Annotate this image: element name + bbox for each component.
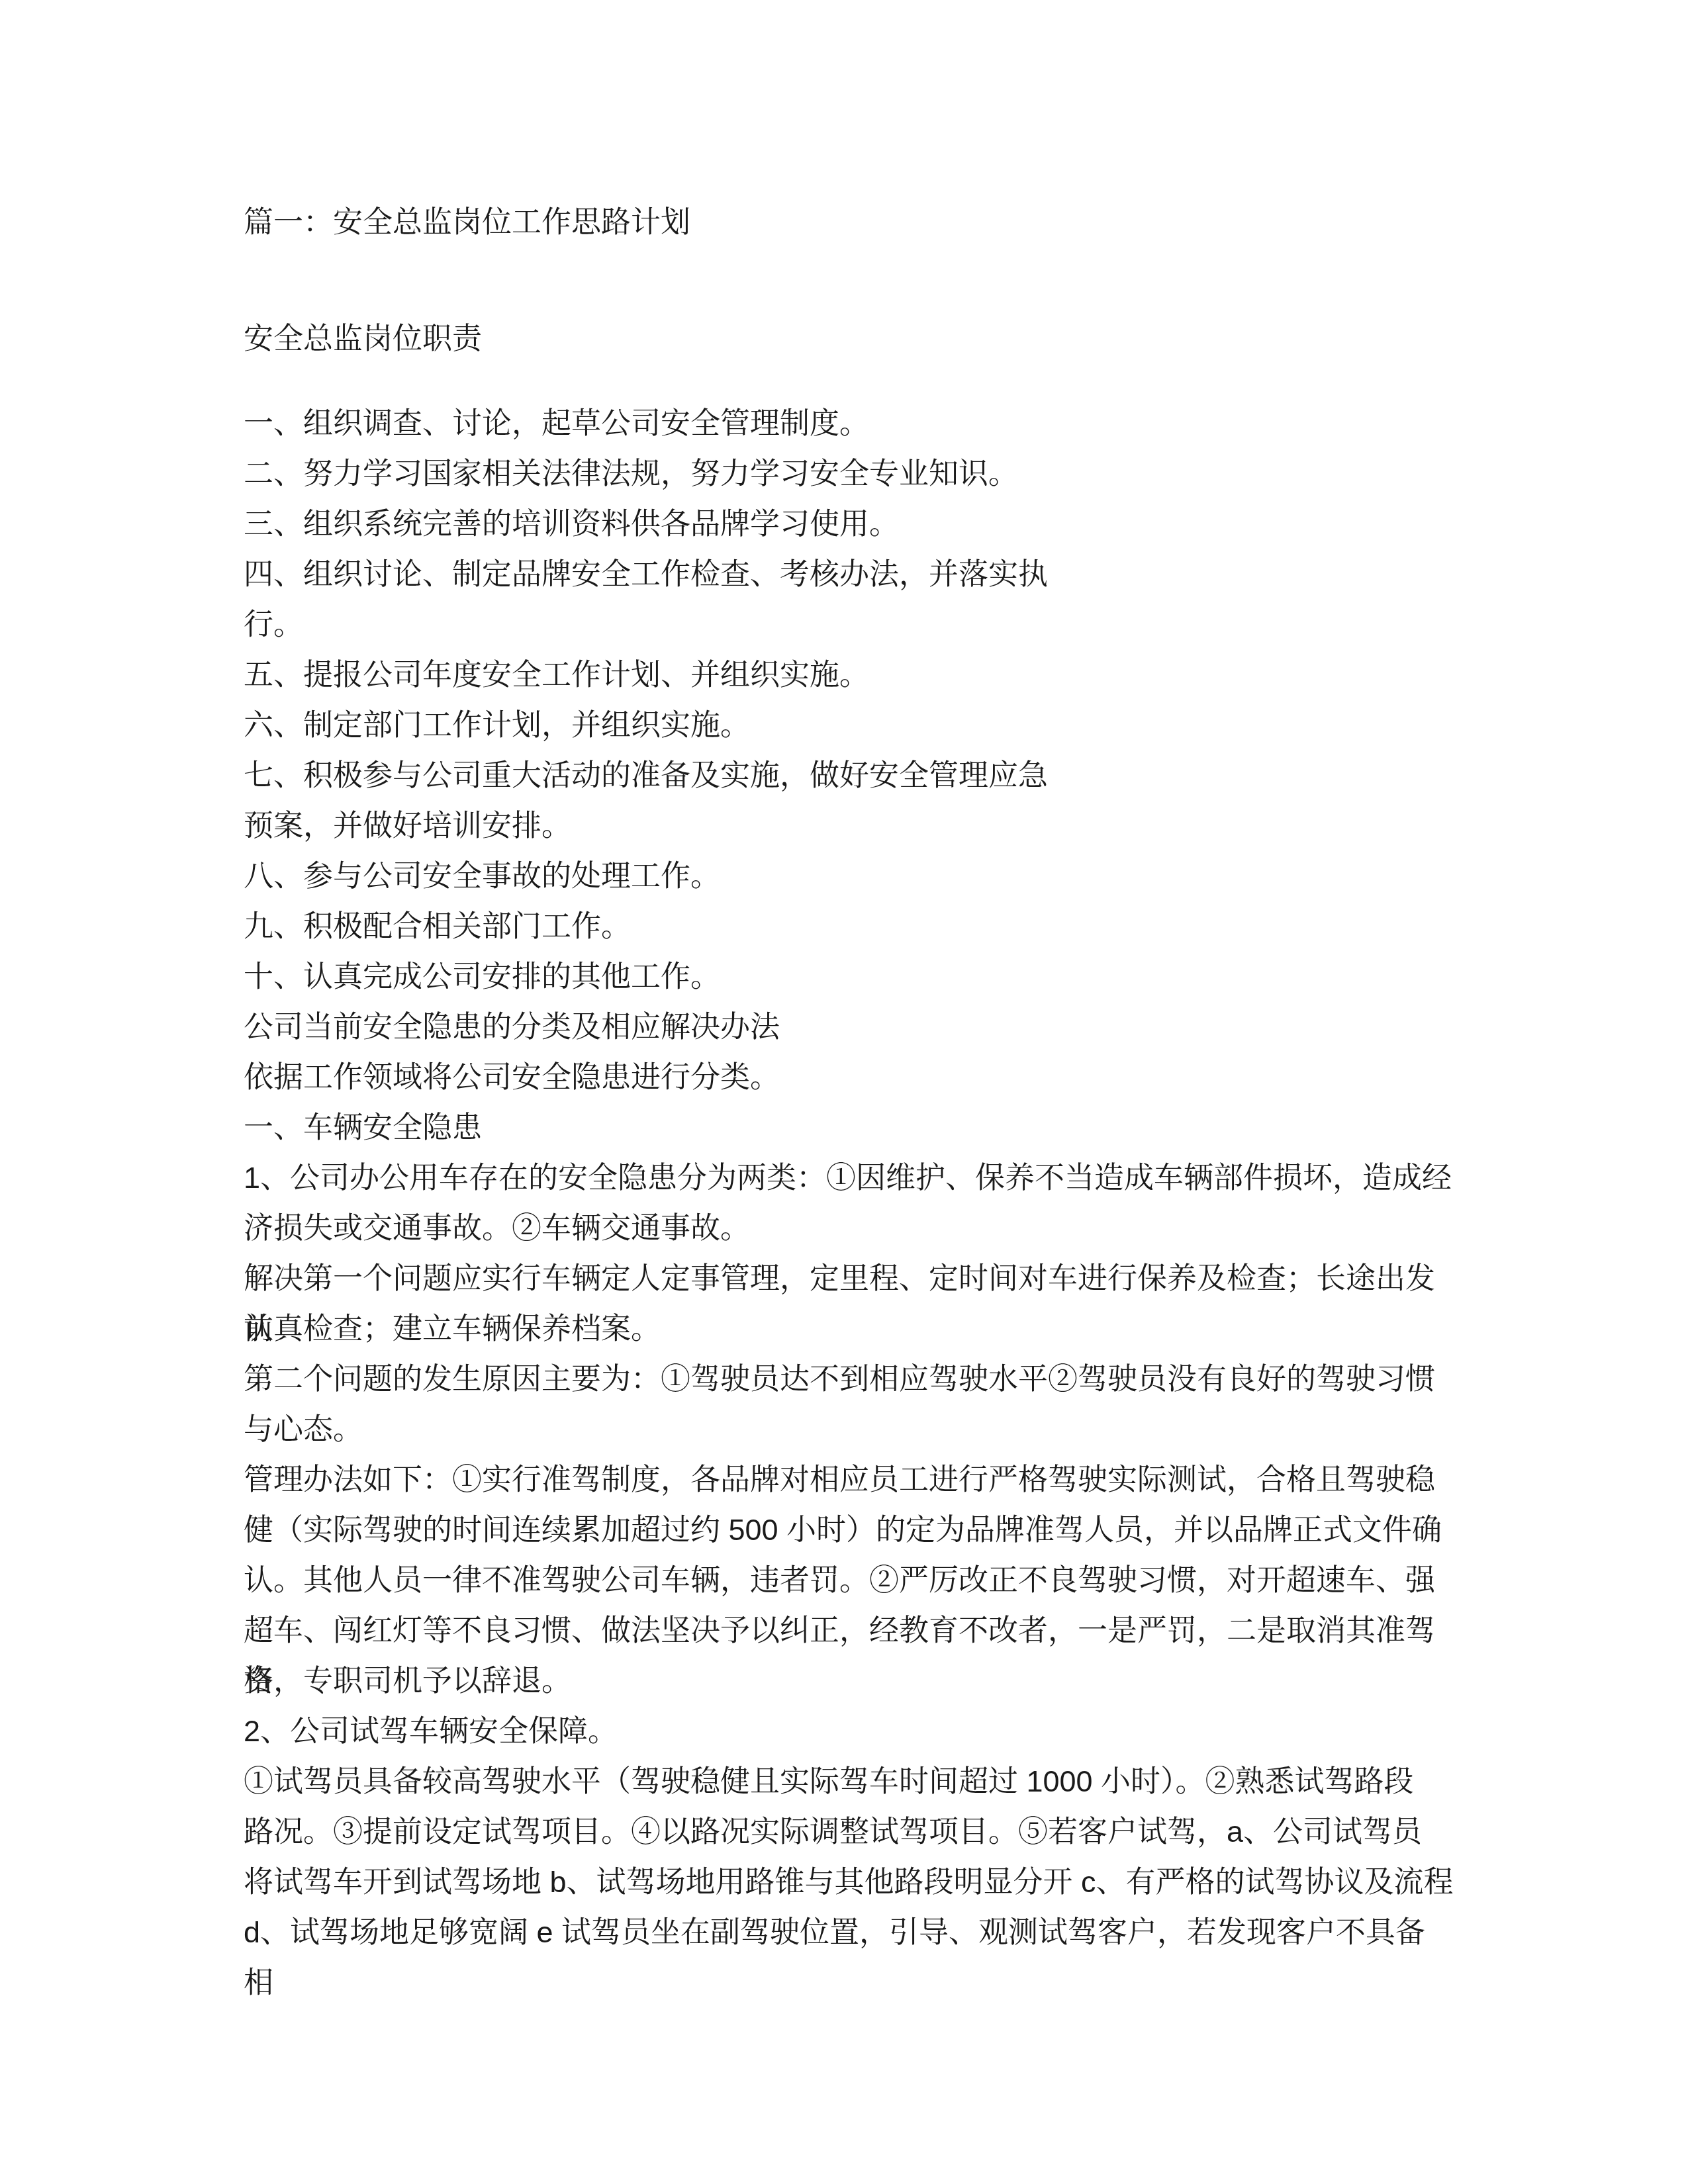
text-line: 将试驾车开到试驾场地 b、试驾场地用路锥与其他路段明显分开 c、有严格的试驾协议… xyxy=(244,1857,1455,1907)
text-line: 1、公司办公用车存在的安全隐患分为两类：①因维护、保养不当造成车辆部件损坏，造成… xyxy=(244,1153,1455,1203)
text-line: 济损失或交通事故。②车辆交通事故。 xyxy=(244,1203,1455,1253)
text-line: 一、车辆安全隐患 xyxy=(244,1103,1455,1153)
text-line: 路况。③提前设定试驾项目。④以路况实际调整试驾项目。⑤若客户试驾，a、公司试驾员 xyxy=(244,1807,1455,1857)
text-line: 安全总监岗位职责 xyxy=(244,314,1455,364)
text-line: 预案，并做好培训安排。 xyxy=(244,801,1455,851)
text-line: 超车、闯红灯等不良习惯、做法坚决予以纠正，经教育不改者，一是严罚，二是取消其准驾… xyxy=(244,1606,1455,1656)
text-line: d、试驾场地足够宽阔 e 试驾员坐在副驾驶位置，引导、观测试驾客户，若发现客户不… xyxy=(244,1907,1455,1958)
text-line: 公司当前安全隐患的分类及相应解决办法 xyxy=(244,1002,1455,1052)
text-line: 一、组织调查、讨论，起草公司安全管理制度。 xyxy=(244,398,1455,449)
text-line: 七、积极参与公司重大活动的准备及实施，做好安全管理应急 xyxy=(244,751,1455,801)
text-line: 健（实际驾驶的时间连续累加超过约 500 小时）的定为品牌准驾人员，并以品牌正式… xyxy=(244,1505,1455,1555)
text-line: 第二个问题的发生原因主要为：①驾驶员达不到相应驾驶水平②驾驶员没有良好的驾驶习惯 xyxy=(244,1354,1455,1404)
text-line: 二、努力学习国家相关法律法规，努力学习安全专业知识。 xyxy=(244,449,1455,499)
text-line: 认。其他人员一律不准驾驶公司车辆，违者罚。②严厉改正不良驾驶习惯，对开超速车、强 xyxy=(244,1555,1455,1606)
text-line: 四、组织讨论、制定品牌安全工作检查、考核办法，并落实执 xyxy=(244,549,1455,600)
text-line: 解决第一个问题应实行车辆定人定事管理，定里程、定时间对车进行保养及检查；长途出发… xyxy=(244,1253,1455,1304)
text-line: 八、参与公司安全事故的处理工作。 xyxy=(244,851,1455,901)
document-page: 篇一：安全总监岗位工作思路计划安全总监岗位职责一、组织调查、讨论，起草公司安全管… xyxy=(0,0,1688,2184)
text-line: 十、认真完成公司安排的其他工作。 xyxy=(244,952,1455,1002)
text-line: 篇一：安全总监岗位工作思路计划 xyxy=(244,197,1455,248)
text-line: 九、积极配合相关部门工作。 xyxy=(244,901,1455,952)
document-text-block: 篇一：安全总监岗位工作思路计划安全总监岗位职责一、组织调查、讨论，起草公司安全管… xyxy=(244,197,1455,1958)
text-line: 六、制定部门工作计划，并组织实施。 xyxy=(244,700,1455,751)
text-line: 与心态。 xyxy=(244,1404,1455,1455)
text-line: 管理办法如下：①实行准驾制度，各品牌对相应员工进行严格驾驶实际测试，合格且驾驶稳 xyxy=(244,1455,1455,1505)
text-line: 依据工作领域将公司安全隐患进行分类。 xyxy=(244,1052,1455,1103)
text-line: 格，专职司机予以辞退。 xyxy=(244,1656,1455,1706)
text-line: 认真检查；建立车辆保养档案。 xyxy=(244,1304,1455,1354)
text-line: 三、组织系统完善的培训资料供各品牌学习使用。 xyxy=(244,499,1455,549)
text-line: 五、提报公司年度安全工作计划、并组织实施。 xyxy=(244,650,1455,700)
text-line: ①试驾员具备较高驾驶水平（驾驶稳健且实际驾车时间超过 1000 小时）。②熟悉试… xyxy=(244,1756,1455,1807)
text-line: 2、公司试驾车辆安全保障。 xyxy=(244,1706,1455,1756)
text-line: 行。 xyxy=(244,600,1455,650)
